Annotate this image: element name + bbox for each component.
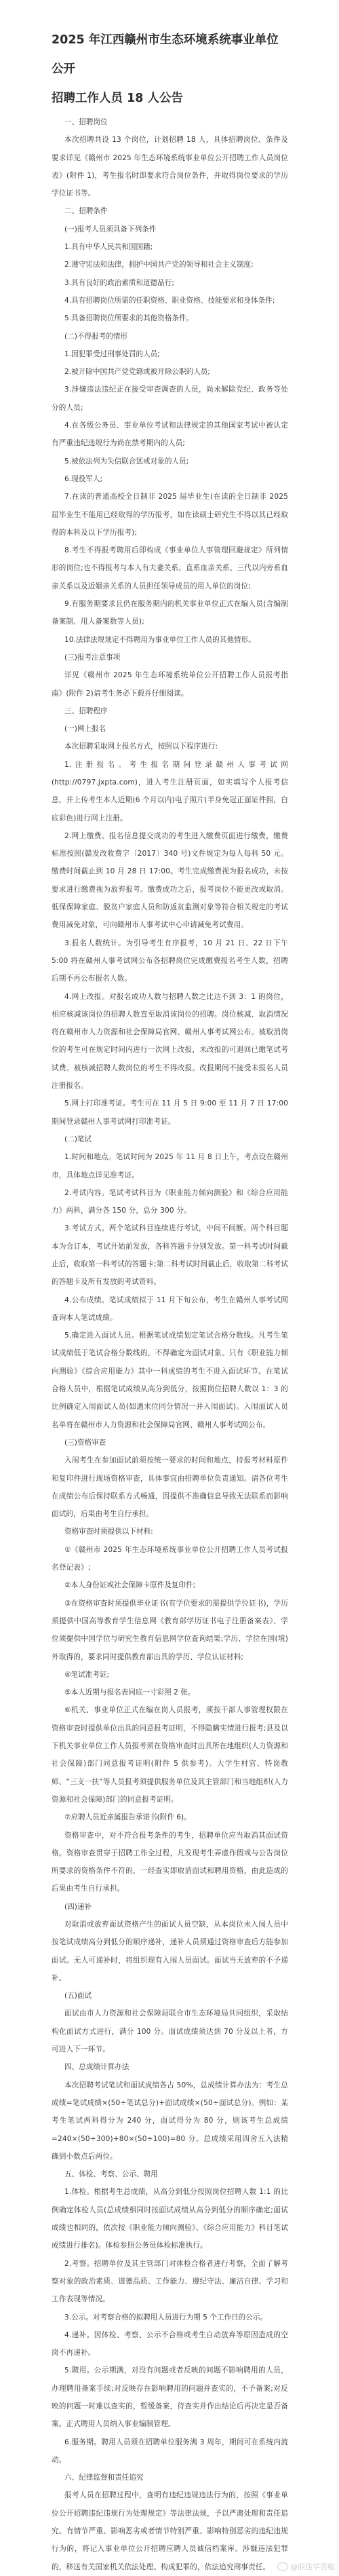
paragraph: 对取消或放弃面试资格产生的面试人员空缺，从本岗位未入闱人员中按笔试成绩高分到低分… [52, 1916, 288, 1987]
paragraph: 5.聘用。公示期满，对没有问题或者反映的问题不影响聘用的人员，办理聘用备案手续;… [52, 2362, 288, 2433]
section-line: (四)递补 [52, 1898, 288, 1916]
paragraph: 8.考生不得报考聘用后即构成《事业单位人事管理回避规定》所列情形的岗位;也不得报… [52, 542, 288, 595]
section-line: 二、招聘条件 [52, 202, 288, 220]
section-line: 5.具备招聘岗位所要求的其他资格条件。 [52, 309, 288, 327]
section-line: 本次招聘采取网上报名方式，按照以下程序进行: [52, 738, 288, 755]
paragraph: 报考人员在招聘过程中，查明有违纪违规违法行为的，按照《事业单位公开招聘违纪违规行… [52, 2486, 288, 2575]
page-title: 2025 年江西赣州市生态环境系统事业单位公开 招聘工作人员 18 人公告 [52, 0, 288, 113]
section-line: (一)网上报名 [52, 720, 288, 738]
section-line: 6.现役军人; [52, 470, 288, 488]
section-line: 3.具有良好的政治素质和道德品行; [52, 274, 288, 292]
section-line: ②本人身份证或社会保障卡原件及复印件; [52, 1576, 288, 1594]
paragraph: 资格审查中，对不符合报考条件的考生，招聘单位应当取消其面试资格。资格审查贯穿于招… [52, 1827, 288, 1898]
section-line: ⑦应聘人员近亲属报告承诺书(附件 6)。 [52, 1808, 288, 1826]
section-line: 六、纪律监督和责任追究 [52, 2469, 288, 2486]
watermark: @丽佳学答啦 [277, 2561, 335, 2572]
section-line: 1.具有中华人民共和国国籍; [52, 238, 288, 256]
watermark-text: @丽佳学答啦 [290, 2561, 335, 2572]
paragraph: 7.在读的普通高校全日制非 2025 届毕业生(在读的全日制非 2025 届毕业… [52, 488, 288, 542]
section-line: 三、招聘程序 [52, 702, 288, 720]
title-line-2: 招聘工作人员 18 人公告 [52, 84, 288, 113]
paragraph: 1.注册报名。考生报名期间登录赣州人事考试网(http://0797.jxpta… [52, 756, 288, 827]
paragraph: 入闱考生在参加面试前须按统一要求的时间和地点，持报考材料原件和复印件进行现场资格… [52, 1452, 288, 1523]
section-line: 3.公示。对考察合格的拟聘用人员进行为期 5 个工作日的公示。 [52, 2309, 288, 2326]
paragraph: 3.考试方式。两个笔试科目连续进行考试，中间不间断。两个科目题本为合订本，考试开… [52, 1219, 288, 1291]
section-line: 2.遵守宪法和法律，拥护中国共产党的领导和社会主义制度; [52, 256, 288, 273]
section-line: 四、总成绩计算办法 [52, 2058, 288, 2076]
paragraph: 2.考试内容。笔试考试科目为《职业能力倾向测验》和《综合应用能力》两科，满分各 … [52, 1184, 288, 1220]
paragraph: 9.有服务期要求且仍在服务期内的机关事业单位正式在编人员(含编制备案制、用人备案… [52, 595, 288, 631]
paragraph: 3.报名人数统计。为引导考生有序报考，10 月 21 日、22 日下午 5:00… [52, 934, 288, 988]
section-line: 一、招聘岗位 [52, 113, 288, 131]
document-page: 2025 年江西赣州市生态环境系统事业单位公开 招聘工作人员 18 人公告 一、… [52, 0, 288, 2576]
paragraph: 本次招聘共设 13 个岗位，计划招聘 18 人，具体招聘岗位、条件及要求详见《赣… [52, 131, 288, 202]
section-line: (三)资格审查 [52, 1434, 288, 1452]
paragraph: 6.服务期。聘用人员须在招聘单位服务满 3 周年，期间可在系统内流动。 [52, 2433, 288, 2469]
section-line: 4.具有招聘岗位所需的任职资格、职业资格、技能要求和身体条件; [52, 292, 288, 309]
section-line: 五、体检、考察、公示、聘用 [52, 2165, 288, 2183]
paragraph: 面试由市人力资源和社会保障局联合市生态环境局共同组织，采取结构化面试方式进行，满… [52, 2005, 288, 2058]
paragraph: ③在资格审查时须提供毕业证书(有学位要求的需提供学位证书)，学历须提供中国高等教… [52, 1595, 288, 1666]
paragraph: 详见《赣州市 2025 年生态环境系统单位公开招聘工作人员报考指南》(附件 2)… [52, 666, 288, 702]
paragraph: 1.体检。根据考生总成绩，从高分到低分按照岗位招聘人数 1:1 的比例确定体检人… [52, 2183, 288, 2254]
section-line: 10.法律法规规定不得聘用为事业单位工作人员的其他情形。 [52, 631, 288, 649]
paragraph: 2.网上缴费。报名信息提交成功的考生进入缴费页面进行缴费，缴费标准按照(赣发改收… [52, 827, 288, 934]
section-line: (二)笔试 [52, 1131, 288, 1148]
paragraph: ①《赣州市 2025 年生态环境系统事业单位公开招聘工作人员考试报名登记表》; [52, 1541, 288, 1577]
section-line: 1.因犯罪受过刑事处罚的人员; [52, 345, 288, 363]
section-line: (一)报考人员须具备下列条件 [52, 221, 288, 238]
title-line-1: 2025 年江西赣州市生态环境系统事业单位公开 [52, 26, 288, 84]
paragraph: 4.递补。因体检、考察、公示不合格或考生自动放弃等原因造成的空岗不再递补。 [52, 2326, 288, 2362]
section-line: ④笔试准考证; [52, 1666, 288, 1684]
section-line: 资格审查时须提供以下材料: [52, 1523, 288, 1540]
section-line: (三)报考注意事项 [52, 649, 288, 666]
section-line: ⑤本人近期与报名表同底一寸彩照 2 张。 [52, 1684, 288, 1701]
weibo-icon [277, 2562, 288, 2571]
paragraph: 3.涉嫌违法违纪正在接受审查调查的人员，尚未解除党纪、政务等处分的人员; [52, 381, 288, 417]
paragraph: 5.网上打印准考证。考生可在 11 月 5 日 9:00 至 11 月 7 日 … [52, 1095, 288, 1131]
paragraph: 4.公布成绩。笔试成绩拟于 11 月下旬公布，考生在赣州人事考试网查询本人笔试成… [52, 1291, 288, 1327]
paragraph: 本次招聘考试笔试和面试成绩各占 50%，总成绩计算办法为：考生总成绩=笔试成绩×… [52, 2077, 288, 2165]
section-line: (二)不得报考的情形 [52, 328, 288, 345]
section-line: (五)面试 [52, 1987, 288, 2005]
paragraph: 2.考察。招聘单位及其主管部门对体检合格者进行考察，全面了解考察对象的政治素质、… [52, 2255, 288, 2309]
paragraph: 5.确定进入面试人员。根据笔试成绩划定笔试合格分数线。凡考生笔试成绩低于笔试合格… [52, 1327, 288, 1434]
document-body: 一、招聘岗位本次招聘共设 13 个岗位，计划招聘 18 人，具体招聘岗位、条件及… [52, 113, 288, 2576]
paragraph: ⑥机关、事业单位正式在编在岗人员报考，须按干部人事管理权限在资格审查时提供单位出… [52, 1701, 288, 1808]
paragraph: 1.时间和地点。笔试时间为 2025 年 11 月 8 日上午，考点设在赣州市，… [52, 1148, 288, 1184]
paragraph: 4.网上改报。对报名成功人数与招聘人数之比达不到 3：1 的岗位，相应核减该岗位… [52, 988, 288, 1095]
section-line: 2.被开除中国共产党党籍或被开除公职的人员; [52, 363, 288, 381]
paragraph: 4.在各级公务员、事业单位考试和法律规定的其他国家考试中被认定有严重违纪违规行为… [52, 417, 288, 453]
section-line: 5.被依法列为失信联合惩戒对象的人员; [52, 453, 288, 470]
